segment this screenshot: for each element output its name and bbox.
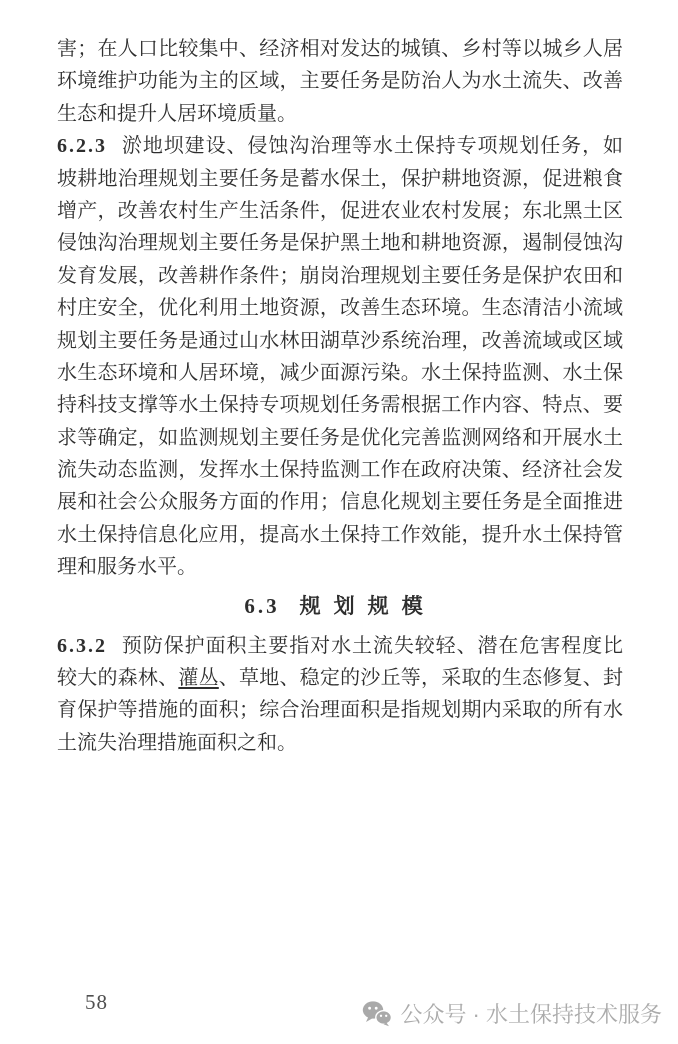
- heading-number: 6.3: [244, 594, 279, 618]
- text-line: 水土保持信息化应用，提高水土保持工作效能，提升水土保持管: [57, 519, 623, 551]
- underlined-term: 灌丛: [178, 667, 218, 689]
- section-heading-6-3: 6.3规划规模: [57, 584, 623, 630]
- text-line: 发育发展，改善耕作条件；崩岗治理规划主要任务是保护农田和: [57, 260, 623, 292]
- clause-number: 6.3.2: [57, 635, 107, 657]
- text-line: 展和社会公众服务方面的作用；信息化规划主要任务是全面推进: [57, 486, 623, 518]
- text-line: 流失动态监测，发挥水土保持监测工作在政府决策、经济社会发: [57, 454, 623, 486]
- wechat-watermark: 公众号 · 水土保持技术服务: [362, 998, 662, 1029]
- text-column: 害；在人口比较集中、经济相对发达的城镇、乡村等以城乡人居 环境维护功能为主的区域…: [57, 33, 623, 759]
- text-line: 坡耕地治理规划主要任务是蓄水保土，保护耕地资源，促进粮食: [57, 163, 623, 195]
- text-line: 害；在人口比较集中、经济相对发达的城镇、乡村等以城乡人居: [57, 33, 623, 65]
- text-line: 求等确定，如监测规划主要任务是优化完善监测网络和开展水土: [57, 422, 623, 454]
- text-line: 增产，改善农村生产生活条件，促进农业农村发展；东北黑土区: [57, 195, 623, 227]
- text-line: 6.3.2预防保护面积主要指对水土流失较轻、潜在危害程度比: [57, 630, 623, 662]
- text-line: 持科技支撑等水土保持专项规划任务需根据工作内容、特点、要: [57, 389, 623, 421]
- clause-text: 、草地、稳定的沙丘等，采取的生态修复、封: [219, 667, 623, 689]
- document-page: 害；在人口比较集中、经济相对发达的城镇、乡村等以城乡人居 环境维护功能为主的区域…: [0, 0, 678, 1044]
- text-line: 规划主要任务是通过山水林田湖草沙系统治理，改善流域或区域: [57, 325, 623, 357]
- text-line: 6.2.3淤地坝建设、侵蚀沟治理等水土保持专项规划任务，如: [57, 130, 623, 162]
- text-line: 村庄安全，优化利用土地资源，改善生态环境。生态清洁小流域: [57, 292, 623, 324]
- page-number: 58: [85, 990, 108, 1015]
- clause-text: 淤地坝建设、侵蚀沟治理等水土保持专项规划任务，如: [121, 135, 623, 157]
- clause-number: 6.2.3: [57, 135, 107, 157]
- text-line: 土流失治理措施面积之和。: [57, 727, 623, 759]
- text-line: 较大的森林、灌丛、草地、稳定的沙丘等，采取的生态修复、封: [57, 662, 623, 694]
- paragraph-6-3-2: 6.3.2预防保护面积主要指对水土流失较轻、潜在危害程度比 较大的森林、灌丛、草…: [57, 630, 623, 760]
- watermark-text: 公众号 · 水土保持技术服务: [400, 998, 662, 1029]
- text-line: 生态和提升人居环境质量。: [57, 98, 623, 130]
- clause-text: 预防保护面积主要指对水土流失较轻、潜在危害程度比: [121, 635, 623, 657]
- clause-text: 较大的森林、: [57, 667, 178, 689]
- text-line: 理和服务水平。: [57, 551, 623, 583]
- text-line: 环境维护功能为主的区域，主要任务是防治人为水土流失、改善: [57, 65, 623, 97]
- paragraph-6-2-3: 6.2.3淤地坝建设、侵蚀沟治理等水土保持专项规划任务，如 坡耕地治理规划主要任…: [57, 130, 623, 583]
- text-line: 侵蚀沟治理规划主要任务是保护黑土地和耕地资源，遏制侵蚀沟: [57, 227, 623, 259]
- paragraph-continuation: 害；在人口比较集中、经济相对发达的城镇、乡村等以城乡人居 环境维护功能为主的区域…: [57, 33, 623, 130]
- text-line: 育保护等措施的面积；综合治理面积是指规划期内采取的所有水: [57, 694, 623, 726]
- text-line: 水生态环境和人居环境，减少面源污染。水土保持监测、水土保: [57, 357, 623, 389]
- wechat-icon: [362, 1000, 392, 1027]
- heading-title: 规划规模: [300, 594, 436, 618]
